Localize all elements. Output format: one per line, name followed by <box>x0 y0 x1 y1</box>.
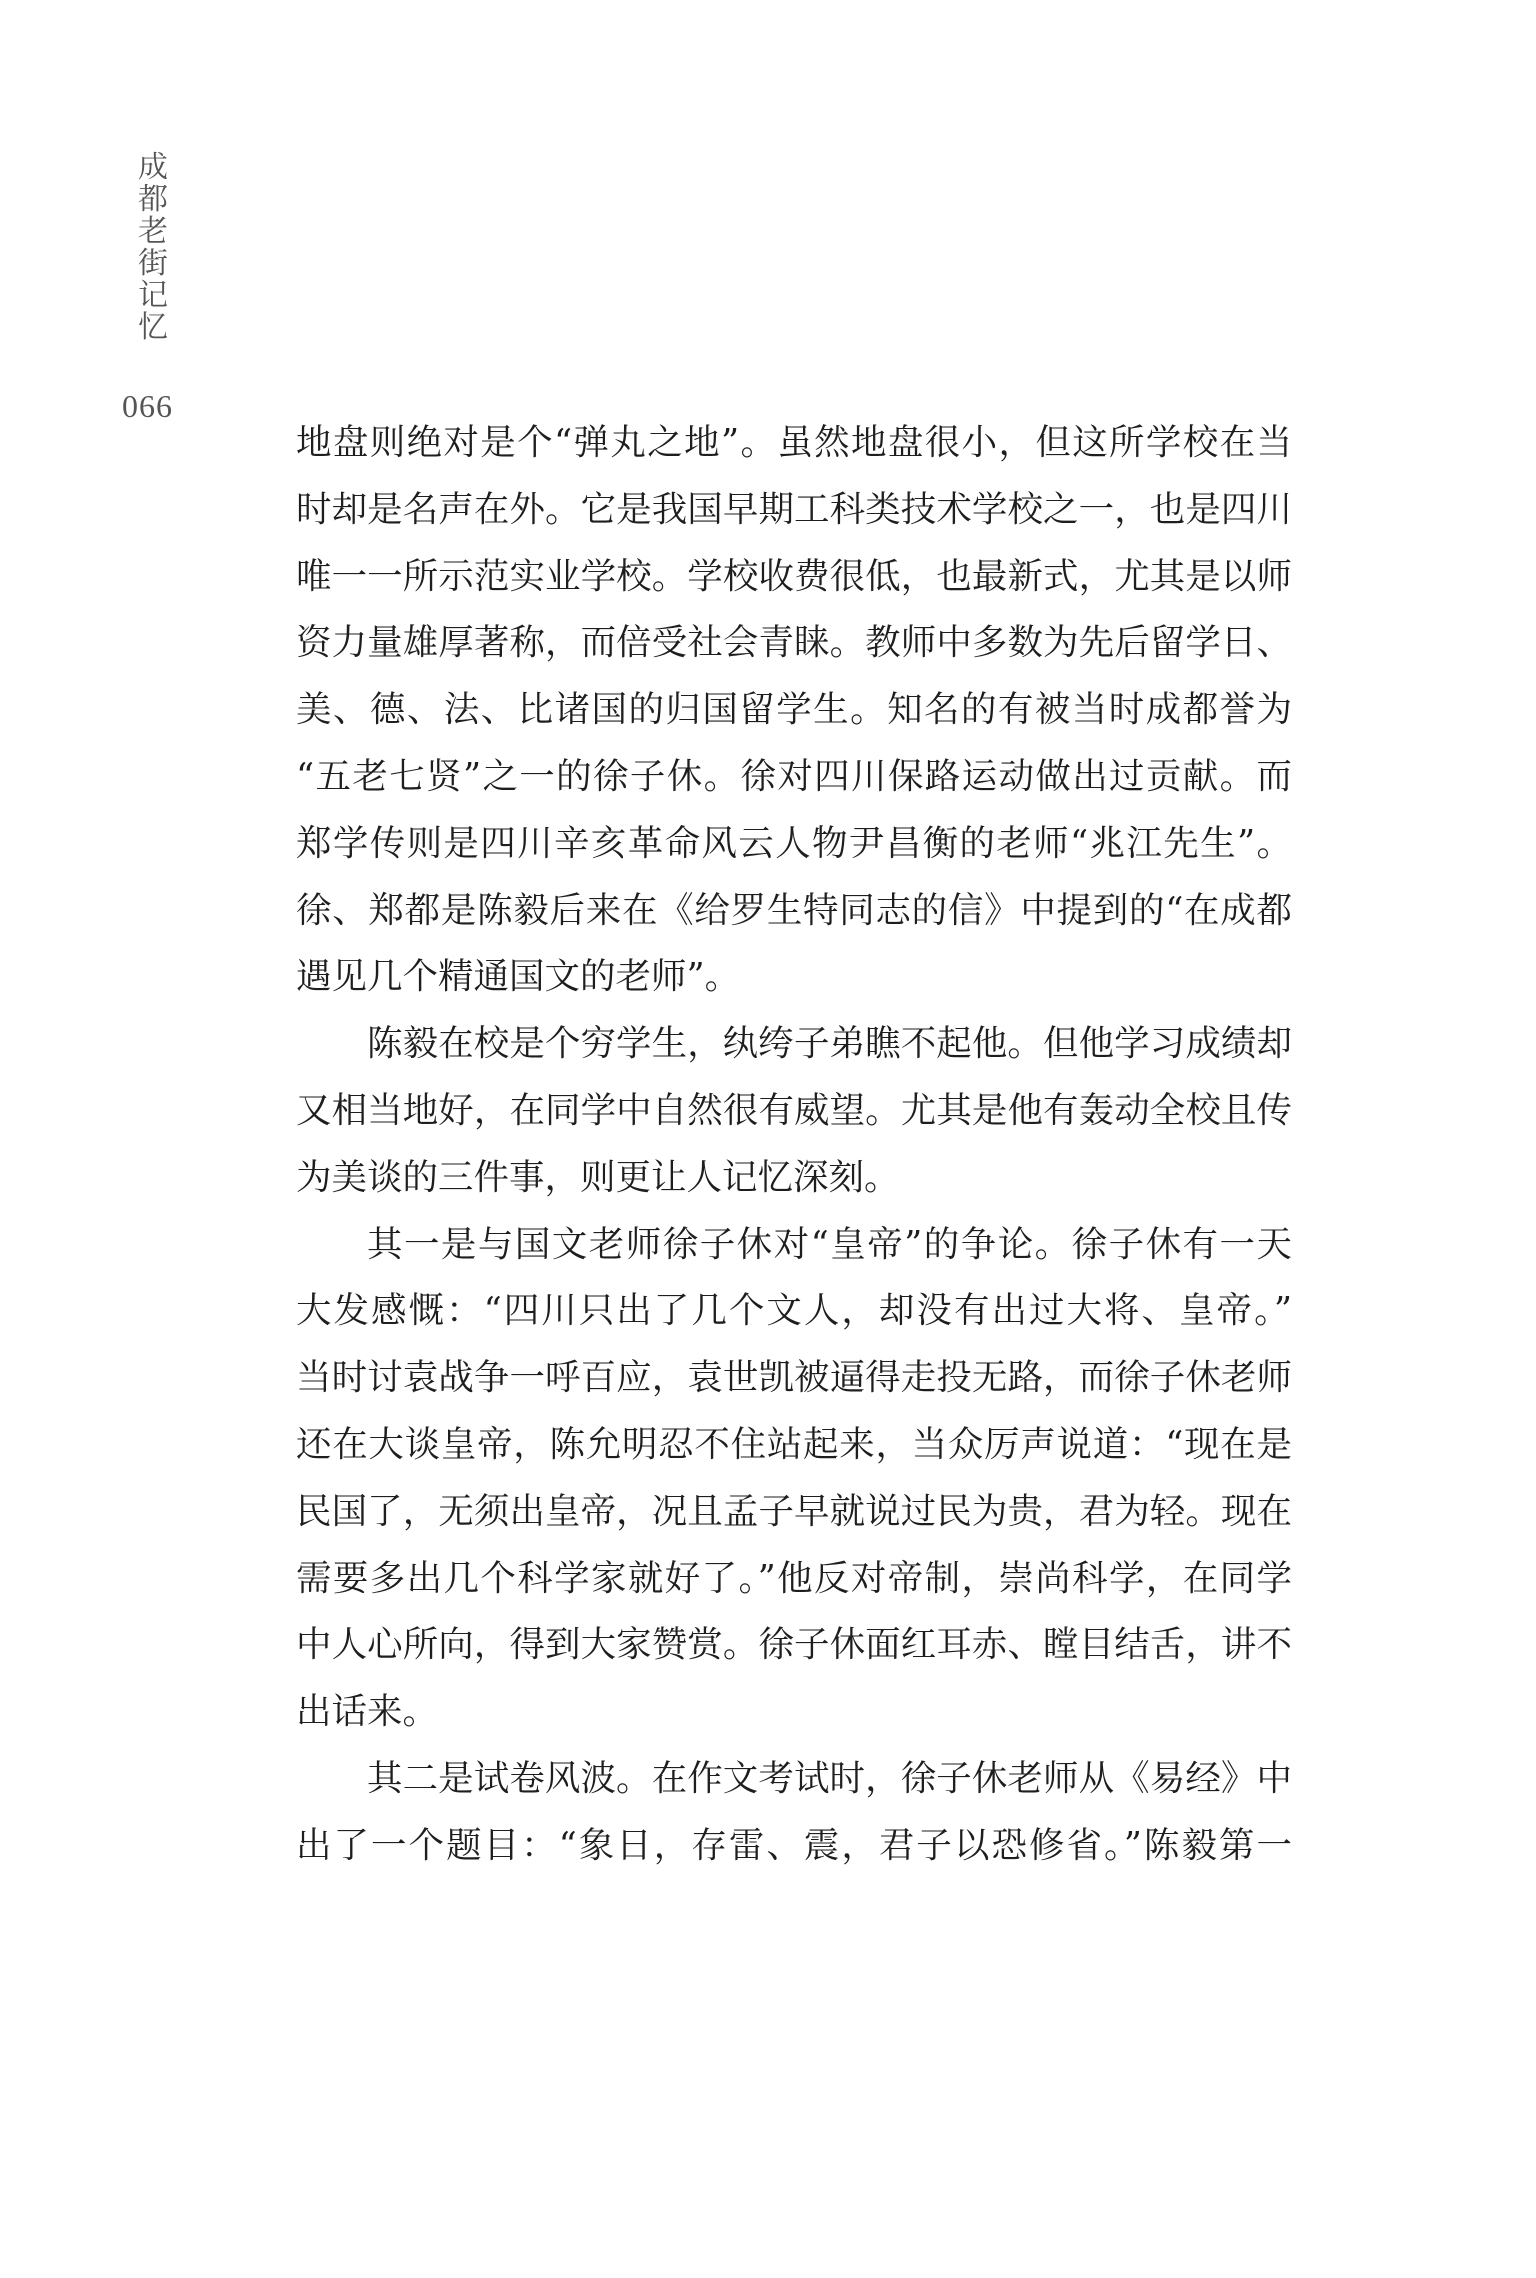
text-line: 出话来。 <box>296 1679 1292 1746</box>
text-line: 徐、郑都是陈毅后来在《给罗生特同志的信》中提到的“在成都 <box>296 878 1292 945</box>
text-line: 为美谈的三件事，则更让人记忆深刻。 <box>296 1145 1292 1212</box>
body-text: 地盘则绝对是个“弹丸之地”。虽然地盘很小，但这所学校在当 时却是名声在外。它是我… <box>296 410 1292 1880</box>
paragraph-start-line: 陈毅在校是个穷学生，纨绔子弟瞧不起他。但他学习成绩却 <box>296 1011 1292 1078</box>
page-number: 066 <box>122 388 173 425</box>
text-line: 遇见几个精通国文的老师”。 <box>296 944 1292 1011</box>
text-line: 当时讨袁战争一呼百应，袁世凯被逼得走投无路，而徐子休老师 <box>296 1345 1292 1412</box>
text-line: 中人心所向，得到大家赞赏。徐子休面红耳赤、瞠目结舌，讲不 <box>296 1612 1292 1679</box>
running-header-book-title: 成都老街记忆 <box>133 152 173 344</box>
text-line: 民国了，无须出皇帝，况且孟子早就说过民为贵，君为轻。现在 <box>296 1479 1292 1546</box>
text-line: 还在大谈皇帝，陈允明忍不住站起来，当众厉声说道：“现在是 <box>296 1412 1292 1479</box>
text-line: 需要多出几个科学家就好了。”他反对帝制，崇尚科学，在同学 <box>296 1546 1292 1613</box>
paragraph-start-line: 其一是与国文老师徐子休对“皇帝”的争论。徐子休有一天 <box>296 1212 1292 1279</box>
text-line: 又相当地好，在同学中自然很有威望。尤其是他有轰动全校且传 <box>296 1078 1292 1145</box>
text-line: “五老七贤”之一的徐子休。徐对四川保路运动做出过贡献。而 <box>296 744 1292 811</box>
text-line: 美、德、法、比诸国的归国留学生。知名的有被当时成都誉为 <box>296 677 1292 744</box>
text-line: 时却是名声在外。它是我国早期工科类技术学校之一，也是四川 <box>296 477 1292 544</box>
paragraph-start-line: 其二是试卷风波。在作文考试时，徐子休老师从《易经》中 <box>296 1746 1292 1813</box>
text-line: 唯一一所示范实业学校。学校收费很低，也最新式，尤其是以师 <box>296 544 1292 611</box>
text-line: 地盘则绝对是个“弹丸之地”。虽然地盘很小，但这所学校在当 <box>296 410 1292 477</box>
text-line: 资力量雄厚著称，而倍受社会青睐。教师中多数为先后留学日、 <box>296 610 1292 677</box>
text-line: 出了一个题目：“象日，存雷、震，君子以恐修省。”陈毅第一 <box>296 1813 1292 1880</box>
text-line: 郑学传则是四川辛亥革命风云人物尹昌衡的老师“兆江先生”。 <box>296 811 1292 878</box>
text-line: 大发感慨：“四川只出了几个文人，却没有出过大将、皇帝。” <box>296 1278 1292 1345</box>
